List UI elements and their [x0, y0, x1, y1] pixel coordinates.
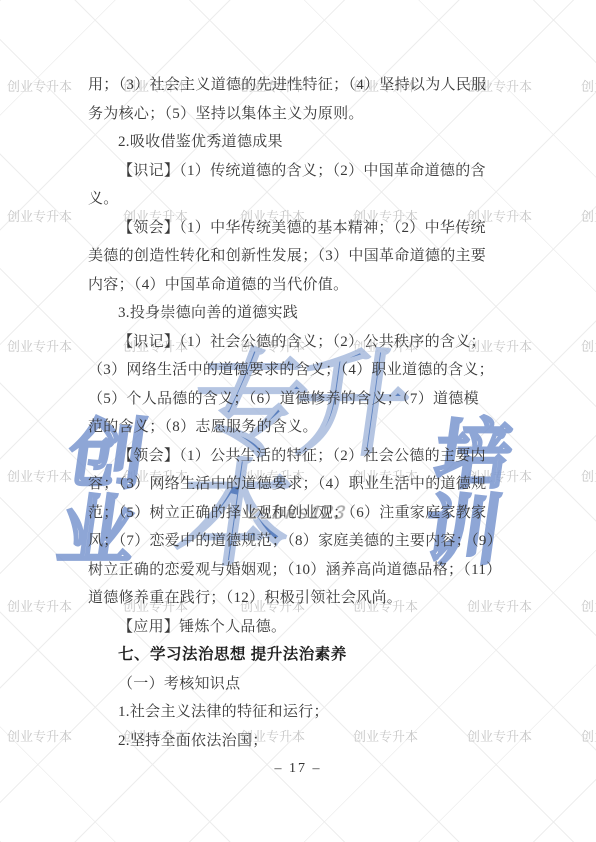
small-watermark-text: 创业专升本	[7, 80, 72, 93]
text-line: 【应用】锤炼个人品德。	[88, 613, 508, 642]
small-watermark-text: 创业专升本	[7, 210, 72, 223]
text-line: 3.投身崇德向善的道德实践	[88, 299, 508, 328]
text-line: 范的含义；（8）志愿服务的含义。	[88, 413, 508, 442]
text-line: 美德的创造性转化和创新性发展；（3）中国革命道德的主要	[88, 242, 508, 271]
text-line: （3）网络生活中的道德要求的含义；（4）职业道德的含义；	[88, 356, 508, 385]
small-watermark-text: 创业专升本	[581, 80, 596, 93]
small-watermark-text: 创业专升本	[581, 340, 596, 353]
text-line: 容；（3）网络生活中的道德要求；（4）职业生活中的道德规	[88, 470, 508, 499]
text-line: 【识记】（1）社会公德的含义；（2）公共秩序的含义；	[88, 328, 508, 357]
text-line: 2.吸收借鉴优秀道德成果	[88, 128, 508, 157]
text-line: 【领会】（1）公共生活的特征；（2）社会公德的主要内	[88, 442, 508, 471]
text-line: 风；（7）恋爱中的道德规范；（8）家庭美德的主要内容；（9）	[88, 527, 508, 556]
small-watermark-text: 创业专升本	[7, 470, 72, 483]
text-line: 范；（5）树立正确的择业观和创业观；（6）注重家庭家教家	[88, 499, 508, 528]
text-line: （一）考核知识点	[88, 670, 508, 699]
small-watermark-text: 创业专升本	[7, 730, 72, 743]
small-watermark-text: 创业专升本	[7, 600, 72, 613]
small-watermark-text: 创业专升本	[581, 600, 596, 613]
text-line: 2.坚持全面依法治国；	[88, 727, 508, 756]
small-watermark-text: 创业专升本	[581, 210, 596, 223]
text-line: 树立正确的恋爱观与婚姻观；（10）涵养高尚道德品格；（11）	[88, 556, 508, 585]
section-heading: 七、学习法治思想 提升法治素养	[88, 641, 508, 670]
small-watermark-text: 创业专升本	[581, 730, 596, 743]
document-lines: 用；（3）社会主义道德的先进性特征；（4）坚持以为人民服务为核心；（5）坚持以集…	[88, 71, 508, 755]
text-line: 用；（3）社会主义道德的先进性特征；（4）坚持以为人民服	[88, 71, 508, 100]
text-line: 1.社会主义法律的特征和运行；	[88, 698, 508, 727]
document-page: 创业专升本创业专升本创业专升本创业专升本创业专升本创业专升本创业专升本创业专升本…	[0, 0, 596, 842]
small-watermark-text: 创业专升本	[7, 340, 72, 353]
page-number: – 17 –	[0, 761, 596, 777]
small-watermark-text: 创业专升本	[581, 470, 596, 483]
text-line: 【识记】（1）传统道德的含义；（2）中国革命道德的含	[88, 157, 508, 186]
text-line: 【领会】（1）中华传统美德的基本精神；（2）中华传统	[88, 214, 508, 243]
text-line: （5）个人品德的含义；（6）道德修养的含义；（7）道德模	[88, 385, 508, 414]
text-line: 义。	[88, 185, 508, 214]
text-line: 道德修养重在践行；（12）积极引领社会风尚。	[88, 584, 508, 613]
text-line: 内容；（4）中国革命道德的当代价值。	[88, 271, 508, 300]
text-line: 务为核心；（5）坚持以集体主义为原则。	[88, 100, 508, 129]
